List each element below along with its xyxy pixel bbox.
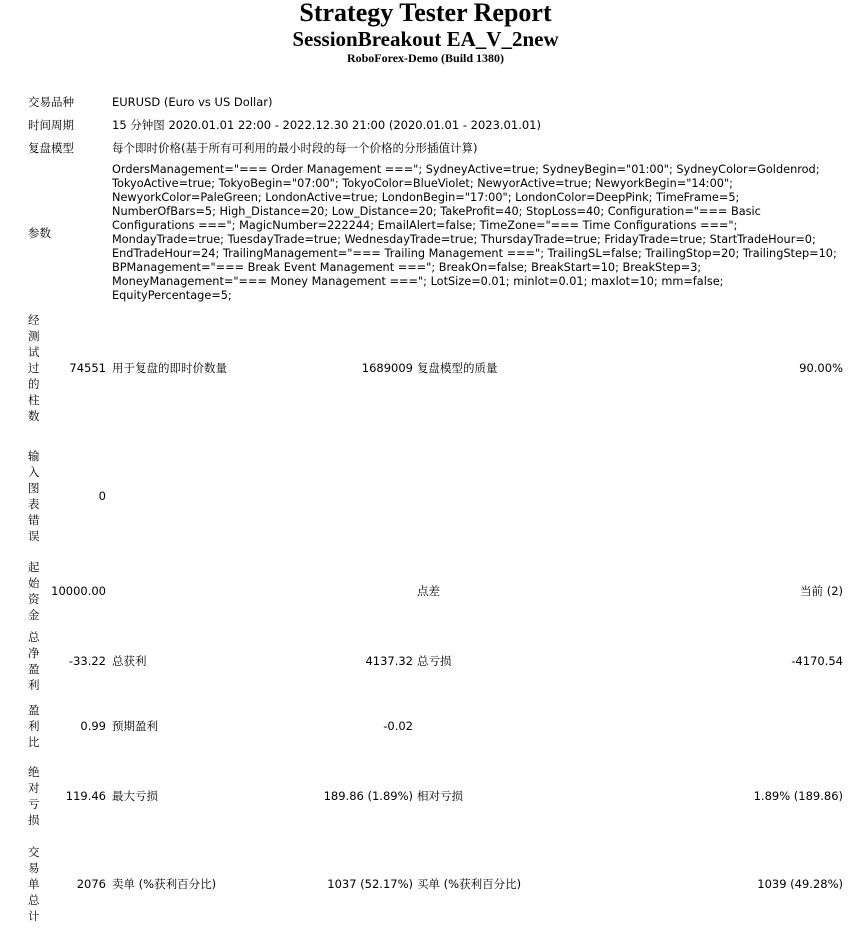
stat-value-2: [288, 436, 417, 556]
stat-value-3: 1039 (49.28%): [617, 836, 843, 888]
stat-value-3: [617, 436, 843, 556]
stat-label-3: 总亏损: [417, 626, 617, 696]
stat-label-3: 买单 (%获利百分比): [417, 836, 617, 888]
params-label: 参数: [28, 159, 112, 307]
stat-value-1: 0.99: [42, 696, 112, 756]
stat-label-2: [112, 436, 288, 556]
stats-row: 绝对亏损119.46最大亏损189.86 (1.89%)相对亏损1.89% (1…: [28, 756, 843, 836]
stat-value-2: [288, 556, 417, 626]
stat-value-3: -4170.54: [617, 626, 843, 696]
stats-row: 盈利比0.99预期盈利-0.02: [28, 696, 843, 756]
stats-table: 经测试过的柱数74551用于复盘的即时价数量1689009复盘模型的质量90.0…: [28, 300, 843, 888]
stats-row: 交易单总计2076卖单 (%获利百分比)1037 (52.17%)买单 (%获利…: [28, 836, 843, 888]
stat-value-2: 4137.32: [288, 626, 417, 696]
period-label: 时间周期: [28, 113, 112, 136]
stat-label-1: 盈利比: [28, 696, 42, 756]
stat-label-3: [417, 696, 617, 756]
stats-row: 总净盈利-33.22总获利4137.32总亏损-4170.54: [28, 626, 843, 696]
stat-value-2: 1689009: [288, 300, 417, 436]
stat-label-1: 输入图表错误: [28, 436, 42, 556]
stats-row: 输入图表错误0: [28, 436, 843, 556]
stat-label-2: 用于复盘的即时价数量: [112, 300, 288, 436]
stat-label-2: 最大亏损: [112, 756, 288, 836]
stats-row: 起始资金10000.00点差当前 (2): [28, 556, 843, 626]
info-row-symbol: 交易品种 EURUSD (Euro vs US Dollar): [28, 90, 842, 113]
stat-value-2: 1037 (52.17%): [288, 836, 417, 888]
stat-label-3: 复盘模型的质量: [417, 300, 617, 436]
params-value: OrdersManagement="=== Order Management =…: [112, 159, 842, 307]
info-row-model: 复盘模型 每个即时价格(基于所有可利用的最小时段的每一个价格的分形插值计算): [28, 136, 842, 159]
stat-value-1: 0: [42, 436, 112, 556]
report-title: Strategy Tester Report: [0, 0, 851, 26]
stat-label-2: 卖单 (%获利百分比): [112, 836, 288, 888]
stat-value-1: 2076: [42, 836, 112, 888]
model-label: 复盘模型: [28, 136, 112, 159]
stat-value-2: -0.02: [288, 696, 417, 756]
stat-value-3: [617, 696, 843, 756]
stat-value-1: 74551: [42, 300, 112, 436]
symbol-label: 交易品种: [28, 90, 112, 113]
stat-label-1: 总净盈利: [28, 626, 42, 696]
info-table: 交易品种 EURUSD (Euro vs US Dollar) 时间周期 15 …: [28, 90, 842, 307]
stat-label-3: 相对亏损: [417, 756, 617, 836]
stat-value-3: 1.89% (189.86): [617, 756, 843, 836]
stats-row: 经测试过的柱数74551用于复盘的即时价数量1689009复盘模型的质量90.0…: [28, 300, 843, 436]
ea-name: SessionBreakout EA_V_2new: [0, 27, 851, 51]
model-value: 每个即时价格(基于所有可利用的最小时段的每一个价格的分形插值计算): [112, 136, 842, 159]
report-header: Strategy Tester Report SessionBreakout E…: [0, 0, 851, 66]
stat-value-1: 10000.00: [42, 556, 112, 626]
stat-label-1: 起始资金: [28, 556, 42, 626]
stat-label-2: [112, 556, 288, 626]
stat-value-3: 90.00%: [617, 300, 843, 436]
symbol-value: EURUSD (Euro vs US Dollar): [112, 90, 842, 113]
server-build: RoboForex-Demo (Build 1380): [0, 51, 851, 66]
stat-label-1: 经测试过的柱数: [28, 300, 42, 436]
stat-value-1: 119.46: [42, 756, 112, 836]
period-value: 15 分钟图 2020.01.01 22:00 - 2022.12.30 21:…: [112, 113, 842, 136]
stat-label-3: 点差: [417, 556, 617, 626]
stat-value-1: -33.22: [42, 626, 112, 696]
stat-label-3: [417, 436, 617, 556]
stat-label-2: 总获利: [112, 626, 288, 696]
info-row-params: 参数 OrdersManagement="=== Order Managemen…: [28, 159, 842, 307]
info-row-period: 时间周期 15 分钟图 2020.01.01 22:00 - 2022.12.3…: [28, 113, 842, 136]
stat-value-2: 189.86 (1.89%): [288, 756, 417, 836]
stat-value-3: 当前 (2): [617, 556, 843, 626]
stat-label-1: 绝对亏损: [28, 756, 42, 836]
stat-label-1: 交易单总计: [28, 836, 42, 888]
stat-label-2: 预期盈利: [112, 696, 288, 756]
